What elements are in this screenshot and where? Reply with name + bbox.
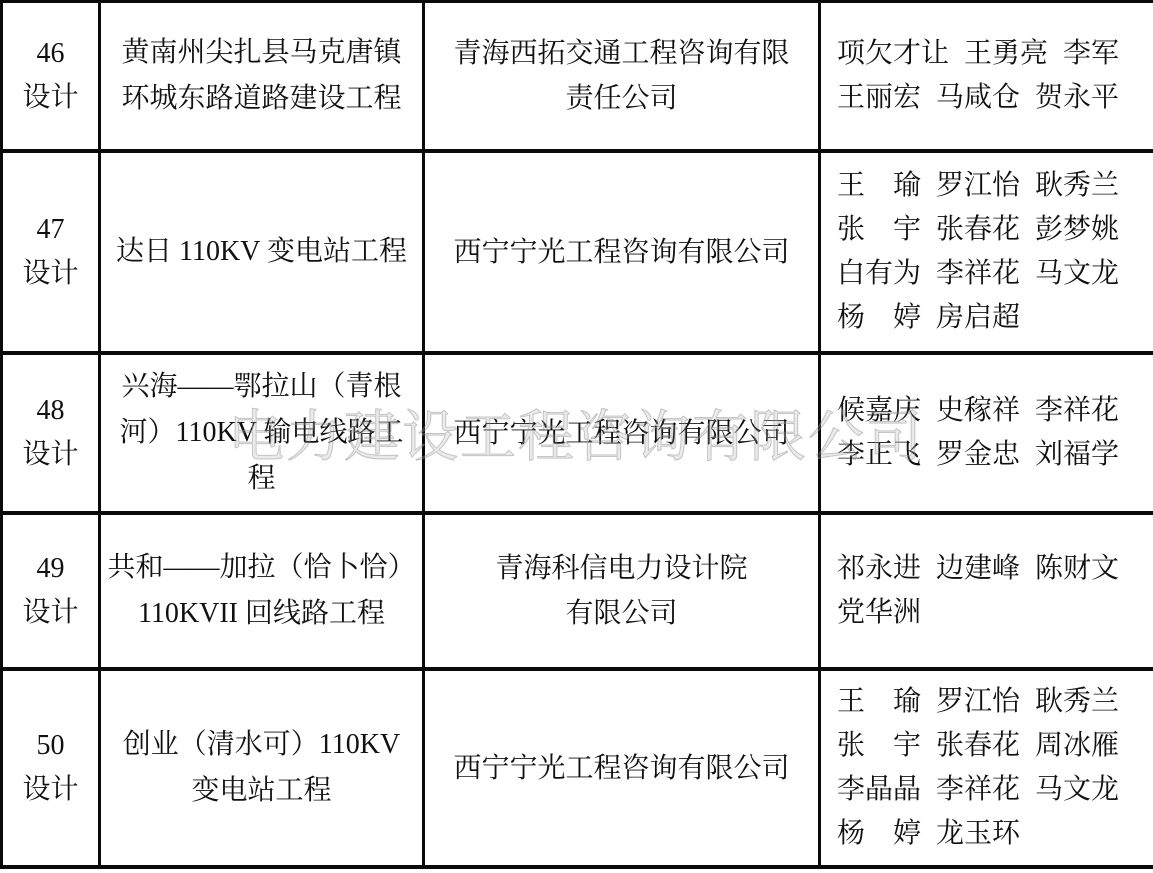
project-cell: 创业（清水可）110KV 变电站工程 (101, 671, 425, 869)
project-cell: 兴海——鄂拉山（青根 河）110KV 输电线路工 程 (101, 355, 425, 515)
company-cell: 西宁宁光工程咨询有限公司 (425, 355, 821, 515)
row-no-cell: 49 设计 (3, 515, 101, 671)
company-cell: 西宁宁光工程咨询有限公司 (425, 671, 821, 869)
row-no-cell: 48 设计 (3, 355, 101, 515)
company-cell: 青海科信电力设计院 有限公司 (425, 515, 821, 671)
project-cell: 达日 110KV 变电站工程 (101, 153, 425, 355)
document-page: 46 设计 黄南州尖扎县马克唐镇 环城东路道路建设工程 青海西拓交通工程咨询有限… (0, 0, 1153, 873)
names-cell: 祁永进 边建峰 陈财文 党华洲 (821, 515, 1153, 671)
company-cell: 青海西拓交通工程咨询有限 责任公司 (425, 3, 821, 153)
names-cell: 项欠才让 王勇亮 李军 王丽宏 马咸仓 贺永平 (821, 3, 1153, 153)
row-no-cell: 47 设计 (3, 153, 101, 355)
project-cell: 共和——加拉（恰卜恰） 110KVII 回线路工程 (101, 515, 425, 671)
row-no-cell: 50 设计 (3, 671, 101, 869)
company-cell: 西宁宁光工程咨询有限公司 (425, 153, 821, 355)
project-cell: 黄南州尖扎县马克唐镇 环城东路道路建设工程 (101, 3, 425, 153)
names-cell: 王 瑜 罗江怡 耿秀兰 张 宇 张春花 周冰雁 李晶晶 李祥花 马文龙 杨 婷 … (821, 671, 1153, 869)
row-no-cell: 46 设计 (3, 3, 101, 153)
names-cell: 王 瑜 罗江怡 耿秀兰 张 宇 张春花 彭梦姚 白有为 李祥花 马文龙 杨 婷 … (821, 153, 1153, 355)
approval-table: 46 设计 黄南州尖扎县马克唐镇 环城东路道路建设工程 青海西拓交通工程咨询有限… (0, 0, 1153, 869)
names-cell: 候嘉庆 史稼祥 李祥花 李正飞 罗金忠 刘福学 (821, 355, 1153, 515)
